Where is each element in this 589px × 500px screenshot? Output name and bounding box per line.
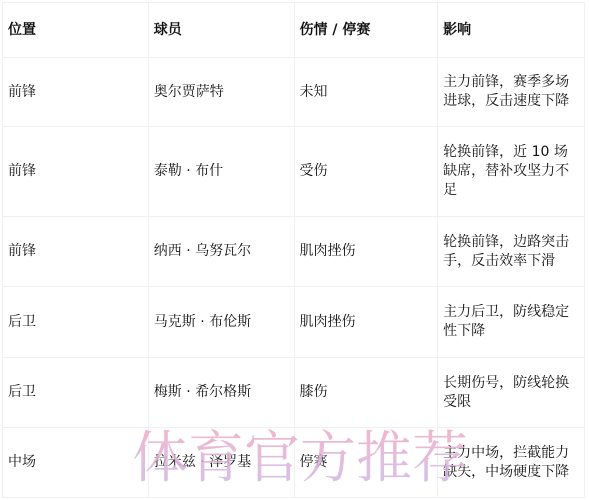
cell-impact: 主力前锋，赛季多场进球，反击速度下降 <box>438 58 585 127</box>
header-player: 球员 <box>148 3 294 58</box>
cell-position: 前锋 <box>3 217 149 287</box>
table-row: 前锋 纳西 · 乌努瓦尔 肌肉挫伤 轮换前锋，边路突击手，反击效率下滑 <box>3 217 585 287</box>
cell-player: 奥尔贾萨特 <box>148 58 294 127</box>
table-row: 前锋 奥尔贾萨特 未知 主力前锋，赛季多场进球，反击速度下降 <box>3 58 585 127</box>
cell-position: 前锋 <box>3 127 149 217</box>
cell-position: 后卫 <box>3 287 149 358</box>
cell-status: 肌肉挫伤 <box>294 217 438 287</box>
cell-impact: 长期伤号，防线轮换受限 <box>438 358 585 428</box>
header-impact: 影响 <box>438 3 585 58</box>
table-row: 后卫 马克斯 · 布伦斯 肌肉挫伤 主力后卫，防线稳定性下降 <box>3 287 585 358</box>
cell-status: 膝伤 <box>294 358 438 428</box>
table-row: 后卫 梅斯 · 希尔格斯 膝伤 长期伤号，防线轮换受限 <box>3 358 585 428</box>
injury-table: 位置 球员 伤情 / 停赛 影响 前锋 奥尔贾萨特 未知 主力前锋，赛季多场进球… <box>2 2 585 498</box>
cell-player: 纳西 · 乌努瓦尔 <box>148 217 294 287</box>
cell-position: 前锋 <box>3 58 149 127</box>
cell-player: 梅斯 · 希尔格斯 <box>148 358 294 428</box>
table-row: 前锋 泰勒 · 布什 受伤 轮换前锋，近 10 场缺席，替补攻坚力不足 <box>3 127 585 217</box>
cell-player: 泰勒 · 布什 <box>148 127 294 217</box>
cell-player: 马克斯 · 布伦斯 <box>148 287 294 358</box>
table-header-row: 位置 球员 伤情 / 停赛 影响 <box>3 3 585 58</box>
cell-impact: 轮换前锋，近 10 场缺席，替补攻坚力不足 <box>438 127 585 217</box>
cell-position: 后卫 <box>3 358 149 428</box>
cell-impact: 主力中场，拦截能力缺失，中场硬度下降 <box>438 428 585 498</box>
table-row: 中场 拉米兹 · 泽罗基 停赛 主力中场，拦截能力缺失，中场硬度下降 <box>3 428 585 498</box>
header-position: 位置 <box>3 3 149 58</box>
cell-player: 拉米兹 · 泽罗基 <box>148 428 294 498</box>
cell-impact: 轮换前锋，边路突击手，反击效率下滑 <box>438 217 585 287</box>
cell-status: 停赛 <box>294 428 438 498</box>
cell-status: 肌肉挫伤 <box>294 287 438 358</box>
header-status: 伤情 / 停赛 <box>294 3 438 58</box>
cell-status: 未知 <box>294 58 438 127</box>
cell-status: 受伤 <box>294 127 438 217</box>
cell-impact: 主力后卫，防线稳定性下降 <box>438 287 585 358</box>
cell-position: 中场 <box>3 428 149 498</box>
